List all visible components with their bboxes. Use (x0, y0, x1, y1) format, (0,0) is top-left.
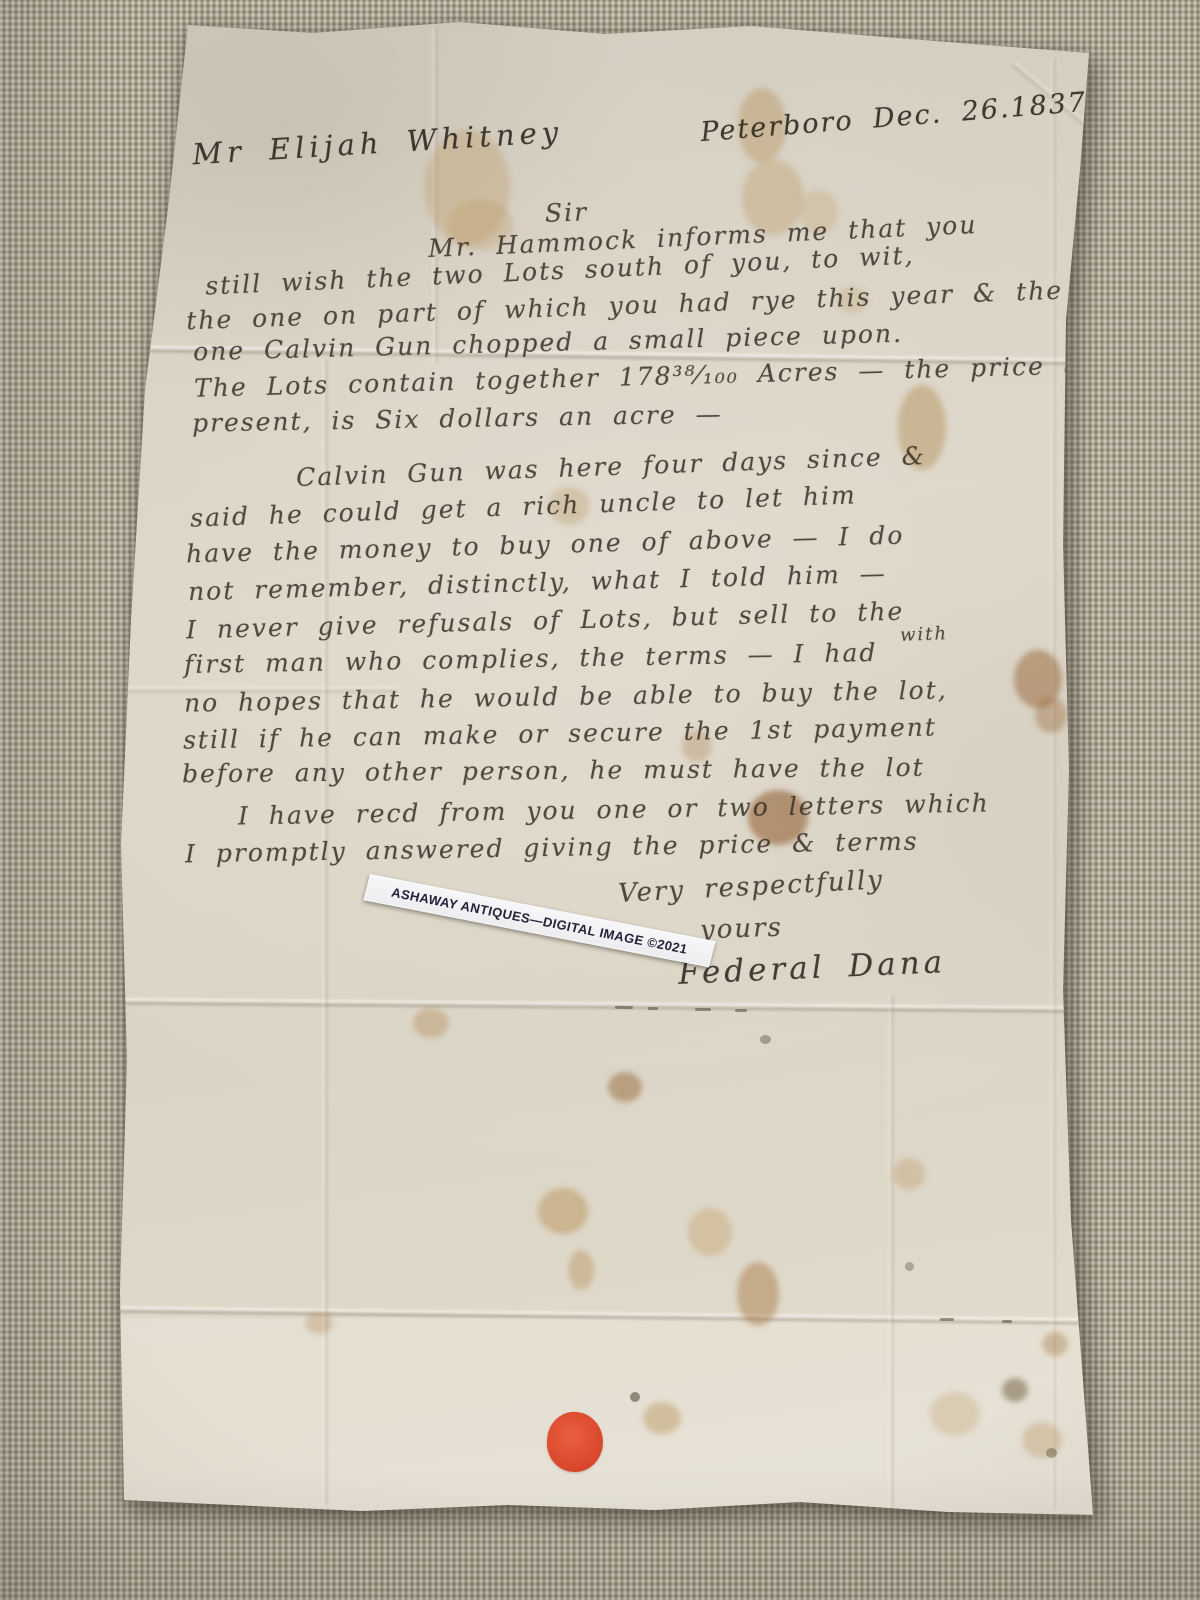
stitch-marks (735, 1009, 747, 1012)
stain (413, 1008, 449, 1038)
stain (305, 1312, 333, 1334)
letter-inserted-word: with (900, 623, 949, 646)
stitch-marks (1002, 1320, 1012, 1323)
letter-signature: Federal Dana (677, 944, 947, 992)
stain (1002, 1378, 1028, 1402)
letter-line: before any other person, he must have th… (182, 753, 925, 788)
stain (737, 1262, 779, 1326)
ink-speck (630, 1392, 640, 1402)
burlap-background: Peterboro Dec. 26.1837 Mr Elijah Whitney… (0, 0, 1200, 1600)
letter-line: I promptly answered giving the price & t… (185, 827, 919, 869)
fold-crease (888, 995, 894, 1510)
stain (1042, 1332, 1068, 1356)
stain (568, 1250, 594, 1290)
fold-crease (120, 998, 1075, 1013)
ink-speck (905, 1262, 914, 1271)
letter-line: first man who complies, the terms — I ha… (184, 638, 878, 679)
stitch-marks (615, 1006, 633, 1009)
paper-shadow-wrap: Peterboro Dec. 26.1837 Mr Elijah Whitney… (0, 0, 1200, 1600)
letter-line: I never give refusals of Lots, but sell … (186, 597, 905, 645)
stain (893, 1158, 925, 1190)
letter-paper: Peterboro Dec. 26.1837 Mr Elijah Whitney… (0, 0, 1200, 1600)
letter-salutation: Sir (545, 197, 589, 227)
letter-line: present, is Six dollars an acre — (192, 399, 723, 437)
letter-line: I have recd from you one or two letters … (238, 788, 990, 830)
stain (538, 1188, 588, 1234)
stitch-marks (940, 1318, 954, 1321)
stain (1035, 697, 1067, 733)
stain (643, 1402, 681, 1434)
ink-speck (1046, 1448, 1057, 1458)
letter-line: no hopes that he would be able to buy th… (184, 675, 948, 717)
letter-addressee: Mr Elijah Whitney (191, 115, 564, 172)
stitch-marks (648, 1007, 658, 1010)
letter-closing-line: Very respectfully (617, 865, 884, 909)
stain (608, 1072, 642, 1102)
stain (688, 1208, 732, 1256)
ink-speck (760, 1035, 771, 1044)
stain (930, 1392, 980, 1436)
letter-line: still if he can make or secure the 1st p… (183, 712, 937, 754)
stitch-marks (695, 1008, 711, 1011)
